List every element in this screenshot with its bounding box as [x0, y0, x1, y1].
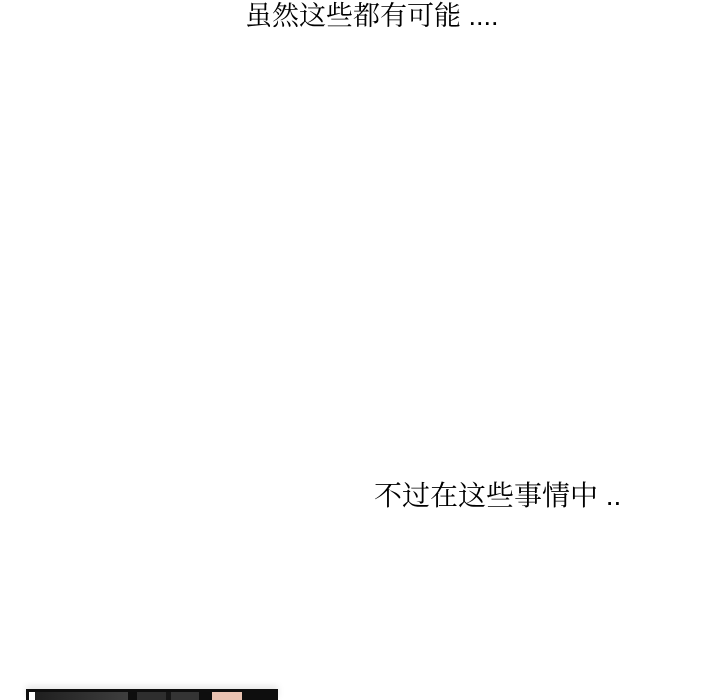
panel-dark-shade-1 — [35, 692, 128, 700]
caption-middle: 不过在这些事情中 .. — [374, 479, 621, 513]
panel-dark-shade-3 — [171, 692, 199, 700]
caption-top: 虽然这些都有可能 .... — [245, 0, 499, 32]
panel-dark-shade-2 — [137, 692, 166, 700]
next-panel-sliver — [26, 689, 278, 700]
panel-skin-tone-patch — [212, 692, 242, 700]
